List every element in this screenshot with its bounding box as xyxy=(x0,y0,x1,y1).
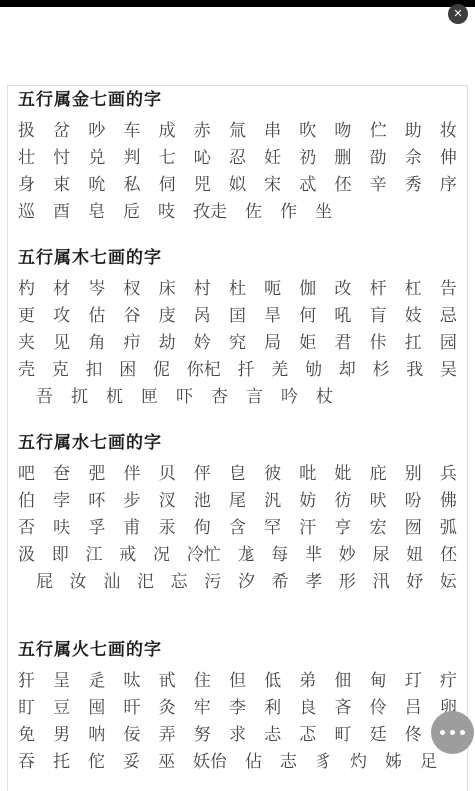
character-cell: 杉 xyxy=(373,355,390,380)
character-cell: 忒 xyxy=(299,170,316,195)
character-cell: 芈 xyxy=(305,540,322,565)
section-rows: 吧夿弝伴贝伻皀彼吡妣庇别兵伯孛吥步汊池尾汎妨彷吠吩佛否呋孚甫汞佝含罕汗亨宏囫弧汲… xyxy=(18,458,457,593)
close-button[interactable]: ✕ xyxy=(448,4,468,24)
character-cell: 吧 xyxy=(18,459,35,484)
character-cell: 夿 xyxy=(53,459,70,484)
character-cell: 妗 xyxy=(194,328,211,353)
character-cell: 利 xyxy=(264,693,281,718)
character-cell: 扦 xyxy=(238,355,255,380)
character-cell: 角 xyxy=(88,328,105,353)
character-cell: 吡 xyxy=(299,459,316,484)
character-row: 壳克扣困伲你杞扦羌劬却杉我吴 xyxy=(18,354,457,381)
character-cell: 君 xyxy=(334,328,351,353)
character-section: 五行属金七画的字 扱岔吵车成赤氚串吹吻伫助妆壮忖兑判七吣忍妊礽删劭佘伸身束吮私伺… xyxy=(18,89,457,223)
character-cell: 灸 xyxy=(159,693,176,718)
character-cell: 杈 xyxy=(123,274,140,299)
character-cell: 江 xyxy=(86,540,103,565)
character-cell: 兵 xyxy=(440,459,457,484)
character-row: 吾扤杌匣吓杏言吟杖 xyxy=(18,381,457,408)
character-cell: 忖 xyxy=(53,143,70,168)
character-cell: 吩 xyxy=(405,486,422,511)
character-row: 吞托佗妥巫妖佁佔志豸灼姊足 xyxy=(18,746,457,773)
character-cell: 疔 xyxy=(440,666,457,691)
character-cell: 形 xyxy=(339,567,356,592)
character-cell: 身 xyxy=(18,170,35,195)
character-cell: 吥 xyxy=(88,486,105,511)
character-cell: 扱 xyxy=(18,116,35,141)
character-cell: 杜 xyxy=(229,274,246,299)
character-cell: 私 xyxy=(123,170,140,195)
character-cell: 町 xyxy=(334,720,351,745)
character-cell: 妓 xyxy=(405,301,422,326)
character-cell: 巡 xyxy=(18,197,35,222)
character-cell: 忘 xyxy=(171,567,188,592)
character-cell: 吴 xyxy=(440,355,457,380)
character-cell: 呐 xyxy=(88,720,105,745)
character-cell: 呔 xyxy=(123,666,140,691)
character-cell: 屁 xyxy=(36,567,53,592)
character-cell: 判 xyxy=(123,143,140,168)
character-cell: 吞 xyxy=(18,747,35,772)
character-cell: 孝 xyxy=(305,567,322,592)
character-cell: 佔 xyxy=(245,747,262,772)
character-cell: 甙 xyxy=(159,666,176,691)
section-title: 五行属火七画的字 xyxy=(18,639,457,661)
section-title: 五行属水七画的字 xyxy=(18,432,457,454)
character-section: 五行属水七画的字 吧夿弝伴贝伻皀彼吡妣庇别兵伯孛吥步汊池尾汎妨彷吠吩佛否呋孚甫汞… xyxy=(18,432,457,593)
character-cell: 佘 xyxy=(405,143,422,168)
character-cell: 壳 xyxy=(18,355,35,380)
character-cell: 我 xyxy=(406,355,423,380)
character-cell: 坐 xyxy=(315,197,332,222)
character-cell: 伴 xyxy=(123,459,140,484)
character-cell: 扤 xyxy=(71,382,88,407)
character-cell: 序 xyxy=(440,170,457,195)
character-cell: 豸 xyxy=(315,747,332,772)
character-cell: 辵 xyxy=(88,666,105,691)
character-cell: 更 xyxy=(18,301,35,326)
character-cell: 成 xyxy=(159,116,176,141)
character-cell: 作 xyxy=(280,197,297,222)
character-row: 杓材岑杈床村杜呃伽改杆杠告 xyxy=(18,273,457,300)
character-cell: 彷 xyxy=(334,486,351,511)
character-cell: 伾 xyxy=(334,170,351,195)
character-row: 盯豆囤旰灸牢李利良吝伶吕卵 xyxy=(18,692,457,719)
character-cell: 疖 xyxy=(123,328,140,353)
character-cell: 肓 xyxy=(370,301,387,326)
character-cell: 兑 xyxy=(88,143,105,168)
character-cell: 忐 xyxy=(264,720,281,745)
character-cell: 氚 xyxy=(229,116,246,141)
character-cell: 七 xyxy=(159,143,176,168)
character-cell: 吓 xyxy=(176,382,193,407)
character-cell: 劭 xyxy=(370,143,387,168)
character-cell: 汛 xyxy=(373,567,390,592)
character-cell: 吕 xyxy=(405,693,422,718)
character-cell: 妘 xyxy=(440,567,457,592)
character-cell: 佛 xyxy=(440,486,457,511)
character-cell: 夹 xyxy=(18,328,35,353)
character-cell: 忑 xyxy=(299,720,316,745)
character-cell: 旰 xyxy=(123,693,140,718)
character-cell: 佗 xyxy=(88,747,105,772)
character-cell: 你杞 xyxy=(187,355,221,380)
character-cell: 别 xyxy=(405,459,422,484)
character-cell: 吼 xyxy=(334,301,351,326)
character-cell: 汕 xyxy=(103,567,120,592)
character-cell: 何 xyxy=(299,301,316,326)
character-cell: 杏 xyxy=(211,382,228,407)
section-rows: 杓材岑杈床村杜呃伽改杆杠告更攻估谷庋呙囯旱何吼肓妓忌夹见角疖劫妗究局姖君佧扛园壳… xyxy=(18,273,457,408)
section-title: 五行属木七画的字 xyxy=(18,247,457,269)
character-cell: 尿 xyxy=(373,540,390,565)
character-cell: 杠 xyxy=(405,274,422,299)
character-cell: 卮 xyxy=(123,197,140,222)
character-cell: 呙 xyxy=(194,301,211,326)
character-cell: 尾 xyxy=(229,486,246,511)
character-row: 屁汝汕汜忘污汐希孝形汛妤妘 xyxy=(18,566,457,593)
character-cell: 究 xyxy=(229,328,246,353)
character-cell: 佝 xyxy=(194,513,211,538)
character-cell: 赤 xyxy=(194,116,211,141)
character-cell: 妞 xyxy=(406,540,423,565)
character-cell: 伸 xyxy=(440,143,457,168)
character-row: 扱岔吵车成赤氚串吹吻伫助妆 xyxy=(18,115,457,142)
character-row: 壮忖兑判七吣忍妊礽删劭佘伸 xyxy=(18,142,457,169)
character-cell: 妣 xyxy=(334,459,351,484)
character-row: 更攻估谷庋呙囯旱何吼肓妓忌 xyxy=(18,300,457,327)
character-cell: 妊 xyxy=(264,143,281,168)
character-cell: 皂 xyxy=(88,197,105,222)
character-cell: 况 xyxy=(153,540,170,565)
character-cell: 谷 xyxy=(123,301,140,326)
character-cell: 志 xyxy=(280,747,297,772)
character-cell: 壮 xyxy=(18,143,35,168)
character-cell: 劬 xyxy=(305,355,322,380)
character-row: 身束吮私伺兕姒宋忒伾辛秀序 xyxy=(18,169,457,196)
character-row: 犴呈辵呔甙住但低弟佃甸玎疔 xyxy=(18,665,457,692)
character-cell: 妖佁 xyxy=(193,747,227,772)
character-cell: 佃 xyxy=(334,666,351,691)
character-cell: 妆 xyxy=(440,116,457,141)
character-cell: 孚 xyxy=(88,513,105,538)
character-cell: 攻 xyxy=(53,301,70,326)
character-cell: 删 xyxy=(334,143,351,168)
character-cell: 弄 xyxy=(159,720,176,745)
character-cell: 吠 xyxy=(370,486,387,511)
character-cell: 汞 xyxy=(159,513,176,538)
character-cell: 豆 xyxy=(53,693,70,718)
character-cell: 孜走 xyxy=(193,197,227,222)
character-row: 伯孛吥步汊池尾汎妨彷吠吩佛 xyxy=(18,485,457,512)
ellipsis-icon xyxy=(460,730,465,735)
character-cell: 吵 xyxy=(88,116,105,141)
character-cell: 亨 xyxy=(334,513,351,538)
character-cell: 妥 xyxy=(123,747,140,772)
character-cell: 助 xyxy=(405,116,422,141)
character-cell: 局 xyxy=(264,328,281,353)
character-cell: 呃 xyxy=(264,274,281,299)
character-cell: 佧 xyxy=(370,328,387,353)
section-title: 五行属金七画的字 xyxy=(18,89,457,111)
character-cell: 呋 xyxy=(53,513,70,538)
character-cell: 甫 xyxy=(123,513,140,538)
character-cell: 努 xyxy=(194,720,211,745)
character-cell: 求 xyxy=(229,720,246,745)
character-cell: 戒 xyxy=(119,540,136,565)
character-row: 否呋孚甫汞佝含罕汗亨宏囫弧 xyxy=(18,512,457,539)
character-cell: 车 xyxy=(123,116,140,141)
character-cell: 廷 xyxy=(370,720,387,745)
character-cell: 姊 xyxy=(385,747,402,772)
character-cell: 园 xyxy=(440,328,457,353)
character-cell: 囫 xyxy=(405,513,422,538)
character-cell: 佐 xyxy=(245,197,262,222)
character-cell: 妨 xyxy=(299,486,316,511)
character-cell: 旱 xyxy=(264,301,281,326)
character-cell: 见 xyxy=(53,328,70,353)
character-cell: 吹 xyxy=(299,116,316,141)
character-cell: 束 xyxy=(53,170,70,195)
character-section: 五行属火七画的字 犴呈辵呔甙住但低弟佃甸玎疔盯豆囤旰灸牢李利良吝伶吕卵免男呐佞弄… xyxy=(18,639,457,773)
character-cell: 囤 xyxy=(88,693,105,718)
character-section: 五行属木七画的字 杓材岑杈床村杜呃伽改杆杠告更攻估谷庋呙囯旱何吼肓妓忌夹见角疖劫… xyxy=(18,247,457,408)
character-cell: 床 xyxy=(159,274,176,299)
content-panel: 五行属金七画的字 扱岔吵车成赤氚串吹吻伫助妆壮忖兑判七吣忍妊礽删劭佘伸身束吮私伺… xyxy=(7,85,468,791)
character-cell: 杖 xyxy=(316,382,333,407)
character-cell: 皀 xyxy=(229,459,246,484)
character-cell: 汎 xyxy=(264,486,281,511)
character-cell: 甸 xyxy=(370,666,387,691)
character-cell: 住 xyxy=(194,666,211,691)
character-cell: 劫 xyxy=(159,328,176,353)
character-cell: 吱 xyxy=(158,197,175,222)
character-row: 巡酉皂卮吱孜走佐作坐 xyxy=(18,196,457,223)
character-cell: 困 xyxy=(119,355,136,380)
character-cell: 吾 xyxy=(36,382,53,407)
character-cell: 否 xyxy=(18,513,35,538)
character-cell: 巫 xyxy=(158,747,175,772)
character-row: 汲即江戒况冷忙尨每芈妙尿妞伾 xyxy=(18,539,457,566)
character-cell: 汜 xyxy=(137,567,154,592)
character-cell: 告 xyxy=(440,274,457,299)
character-cell: 酉 xyxy=(53,197,70,222)
character-cell: 吟 xyxy=(281,382,298,407)
character-cell: 佞 xyxy=(123,720,140,745)
character-cell: 村 xyxy=(194,274,211,299)
character-cell: 足 xyxy=(420,747,437,772)
character-cell: 玎 xyxy=(405,666,422,691)
top-letterbox-bar xyxy=(0,0,475,7)
character-cell: 汐 xyxy=(238,567,255,592)
more-options-button[interactable] xyxy=(431,711,474,754)
character-cell: 冷忙 xyxy=(187,540,221,565)
character-cell: 忍 xyxy=(229,143,246,168)
character-cell: 宏 xyxy=(370,513,387,538)
character-cell: 步 xyxy=(123,486,140,511)
character-cell: 姒 xyxy=(229,170,246,195)
character-row: 吧夿弝伴贝伻皀彼吡妣庇别兵 xyxy=(18,458,457,485)
character-cell: 盯 xyxy=(18,693,35,718)
character-cell: 希 xyxy=(272,567,289,592)
character-cell: 伾 xyxy=(440,540,457,565)
character-cell: 囯 xyxy=(229,301,246,326)
character-cell: 羌 xyxy=(271,355,288,380)
character-cell: 吮 xyxy=(88,170,105,195)
character-cell: 弟 xyxy=(299,666,316,691)
character-cell: 杌 xyxy=(106,382,123,407)
character-cell: 贝 xyxy=(159,459,176,484)
character-cell: 尨 xyxy=(238,540,255,565)
character-cell: 却 xyxy=(339,355,356,380)
section-rows: 犴呈辵呔甙住但低弟佃甸玎疔盯豆囤旰灸牢李利良吝伶吕卵免男呐佞弄努求忐忑町廷佟彤吞… xyxy=(18,665,457,773)
character-cell: 但 xyxy=(229,666,246,691)
character-cell: 克 xyxy=(52,355,69,380)
character-cell: 宋 xyxy=(264,170,281,195)
character-cell: 池 xyxy=(194,486,211,511)
character-cell: 免 xyxy=(18,720,35,745)
character-cell: 托 xyxy=(53,747,70,772)
ellipsis-icon xyxy=(440,730,445,735)
character-cell: 伯 xyxy=(18,486,35,511)
character-cell: 含 xyxy=(229,513,246,538)
character-cell: 彼 xyxy=(264,459,281,484)
character-cell: 伫 xyxy=(370,116,387,141)
close-icon: ✕ xyxy=(453,9,462,20)
character-cell: 呈 xyxy=(53,666,70,691)
character-cell: 兕 xyxy=(194,170,211,195)
character-cell: 串 xyxy=(264,116,281,141)
character-cell: 礽 xyxy=(299,143,316,168)
section-rows: 扱岔吵车成赤氚串吹吻伫助妆壮忖兑判七吣忍妊礽删劭佘伸身束吮私伺兕姒宋忒伾辛秀序巡… xyxy=(18,115,457,223)
character-row: 免男呐佞弄努求忐忑町廷佟彤 xyxy=(18,719,457,746)
character-cell: 每 xyxy=(271,540,288,565)
character-cell: 伻 xyxy=(194,459,211,484)
character-row: 夹见角疖劫妗究局姖君佧扛园 xyxy=(18,327,457,354)
character-cell: 庋 xyxy=(159,301,176,326)
character-cell: 庇 xyxy=(370,459,387,484)
character-cell: 汗 xyxy=(299,513,316,538)
character-cell: 吻 xyxy=(334,116,351,141)
character-cell: 姖 xyxy=(299,328,316,353)
character-cell: 汝 xyxy=(70,567,87,592)
character-cell: 伺 xyxy=(159,170,176,195)
character-cell: 改 xyxy=(334,274,351,299)
character-cell: 吣 xyxy=(194,143,211,168)
character-cell: 佟 xyxy=(405,720,422,745)
character-cell: 灼 xyxy=(350,747,367,772)
character-cell: 杓 xyxy=(18,274,35,299)
character-cell: 材 xyxy=(53,274,70,299)
character-cell: 伲 xyxy=(153,355,170,380)
character-cell: 匣 xyxy=(141,382,158,407)
character-cell: 言 xyxy=(246,382,263,407)
character-cell: 扣 xyxy=(86,355,103,380)
character-cell: 犴 xyxy=(18,666,35,691)
character-cell: 即 xyxy=(52,540,69,565)
character-cell: 岑 xyxy=(88,274,105,299)
character-cell: 妙 xyxy=(339,540,356,565)
character-cell: 良 xyxy=(299,693,316,718)
character-cell: 杆 xyxy=(370,274,387,299)
character-cell: 弧 xyxy=(440,513,457,538)
character-cell: 罕 xyxy=(264,513,281,538)
character-cell: 男 xyxy=(53,720,70,745)
character-cell: 汊 xyxy=(159,486,176,511)
character-cell: 妤 xyxy=(406,567,423,592)
character-cell: 吝 xyxy=(334,693,351,718)
character-cell: 伶 xyxy=(370,693,387,718)
character-cell: 汲 xyxy=(18,540,35,565)
character-cell: 秀 xyxy=(405,170,422,195)
character-cell: 扛 xyxy=(405,328,422,353)
ellipsis-icon xyxy=(450,730,455,735)
character-cell: 辛 xyxy=(370,170,387,195)
character-cell: 伽 xyxy=(299,274,316,299)
character-cell: 估 xyxy=(88,301,105,326)
character-cell: 忌 xyxy=(440,301,457,326)
character-cell: 孛 xyxy=(53,486,70,511)
character-cell: 弝 xyxy=(88,459,105,484)
character-cell: 污 xyxy=(204,567,221,592)
character-cell: 岔 xyxy=(53,116,70,141)
character-cell: 牢 xyxy=(194,693,211,718)
character-cell: 低 xyxy=(264,666,281,691)
character-cell: 李 xyxy=(229,693,246,718)
